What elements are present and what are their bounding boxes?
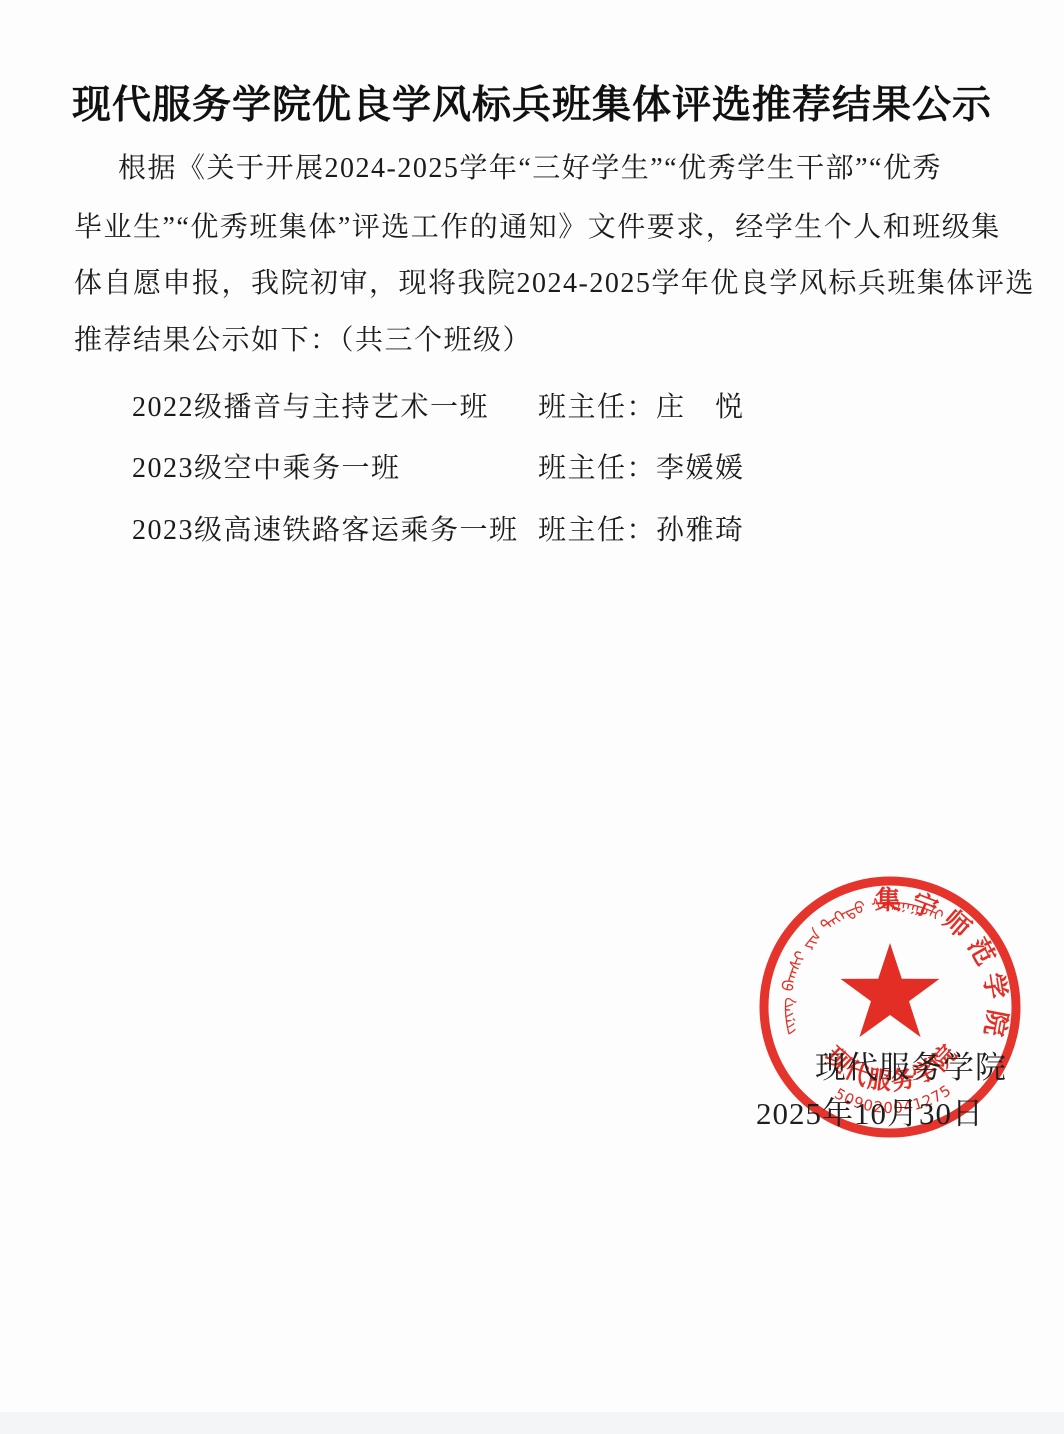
paragraph-line-3: 体自愿申报，我院初审，现将我院2024-2025学年优良学风标兵班集体评选 — [74, 261, 1035, 301]
class-name: 2023级高速铁路客运乘务一班 — [132, 508, 519, 548]
teacher-name: 李媛媛 — [656, 453, 745, 484]
teacher-label: 班主任： — [538, 392, 656, 423]
teacher-name: 孙雅琦 — [656, 515, 745, 546]
class-name: 2023级空中乘务一班 — [132, 446, 401, 486]
signature-date: 2025年10月30日 — [756, 1088, 984, 1133]
teacher-cell: 班主任：孙雅琦 — [538, 508, 745, 548]
teacher-label: 班主任： — [538, 453, 656, 484]
page-bottom-strip — [0, 1412, 1064, 1434]
class-name: 2022级播音与主持艺术一班 — [132, 385, 489, 425]
teacher-label: 班主任： — [538, 515, 656, 546]
class-row: 2022级播音与主持艺术一班 班主任：庄 悦 — [0, 385, 1064, 425]
document-page: 现代服务学院优良学风标兵班集体评选推荐结果公示 根据《关于开展2024-2025… — [0, 0, 1064, 1434]
paragraph-line-4: 推荐结果公示如下：（共三个班级） — [74, 318, 532, 358]
signature-organization: 现代服务学院 — [815, 1042, 1007, 1087]
teacher-cell: 班主任：李媛媛 — [538, 446, 745, 486]
paragraph-line-2: 毕业生”“优秀班集体”评选工作的通知》文件要求，经学生个人和班级集 — [74, 205, 1001, 245]
paragraph-line-1: 根据《关于开展2024-2025学年“三好学生”“优秀学生干部”“优秀 — [118, 146, 942, 186]
star-icon — [841, 943, 940, 1037]
document-title: 现代服务学院优良学风标兵班集体评选推荐结果公示 — [0, 74, 1064, 130]
class-row: 2023级空中乘务一班 班主任：李媛媛 — [0, 446, 1064, 486]
class-row: 2023级高速铁路客运乘务一班 班主任：孙雅琦 — [0, 508, 1064, 548]
teacher-name: 庄 悦 — [656, 392, 745, 423]
teacher-cell: 班主任：庄 悦 — [538, 385, 745, 425]
